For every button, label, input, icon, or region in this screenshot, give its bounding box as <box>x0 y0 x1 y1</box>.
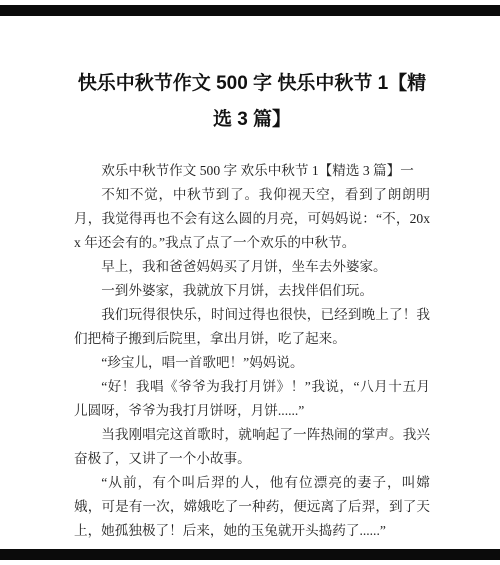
essay-paragraph: “珍宝儿，唱一首歌吧！”妈妈说。 <box>74 351 430 375</box>
essay-paragraph: 欢乐中秋节作文 500 字 欢乐中秋节 1【精选 3 篇】一 <box>74 159 430 183</box>
essay-paragraph: “好！我唱《爷爷为我打月饼》！”我说，“八月十五月儿圆呀，爷爷为我打月饼呀，月饼… <box>74 375 430 423</box>
essay-paragraph: 不知不觉，中秋节到了。我仰视天空，看到了朗朗明月，我觉得再也不会有这么圆的月亮，… <box>74 183 430 255</box>
bottom-border-bar <box>0 549 500 560</box>
document-page: 快乐中秋节作文 500 字 快乐中秋节 1【精选 3 篇】 欢乐中秋节作文 50… <box>0 0 500 565</box>
essay-body: 欢乐中秋节作文 500 字 欢乐中秋节 1【精选 3 篇】一 不知不觉，中秋节到… <box>74 159 430 543</box>
essay-paragraph: 我们玩得很快乐，时间过得也很快，已经到晚上了！我们把椅子搬到后院里，拿出月饼，吃… <box>74 303 430 351</box>
essay-paragraph: “从前，有个叫后羿的人，他有位漂亮的妻子，叫嫦娥，可是有一次，嫦娥吃了一种药，便… <box>74 471 430 543</box>
top-border-bar <box>0 5 500 16</box>
essay-paragraph: 早上，我和爸爸妈妈买了月饼，坐车去外婆家。 <box>74 255 430 279</box>
essay-paragraph: 一到外婆家，我就放下月饼，去找伴侣们玩。 <box>74 279 430 303</box>
essay-paragraph: 当我刚唱完这首歌时，就响起了一阵热闹的掌声。我兴奋极了，又讲了一个小故事。 <box>74 423 430 471</box>
essay-content: 快乐中秋节作文 500 字 快乐中秋节 1【精选 3 篇】 欢乐中秋节作文 50… <box>74 66 430 543</box>
essay-title: 快乐中秋节作文 500 字 快乐中秋节 1【精选 3 篇】 <box>74 66 430 138</box>
